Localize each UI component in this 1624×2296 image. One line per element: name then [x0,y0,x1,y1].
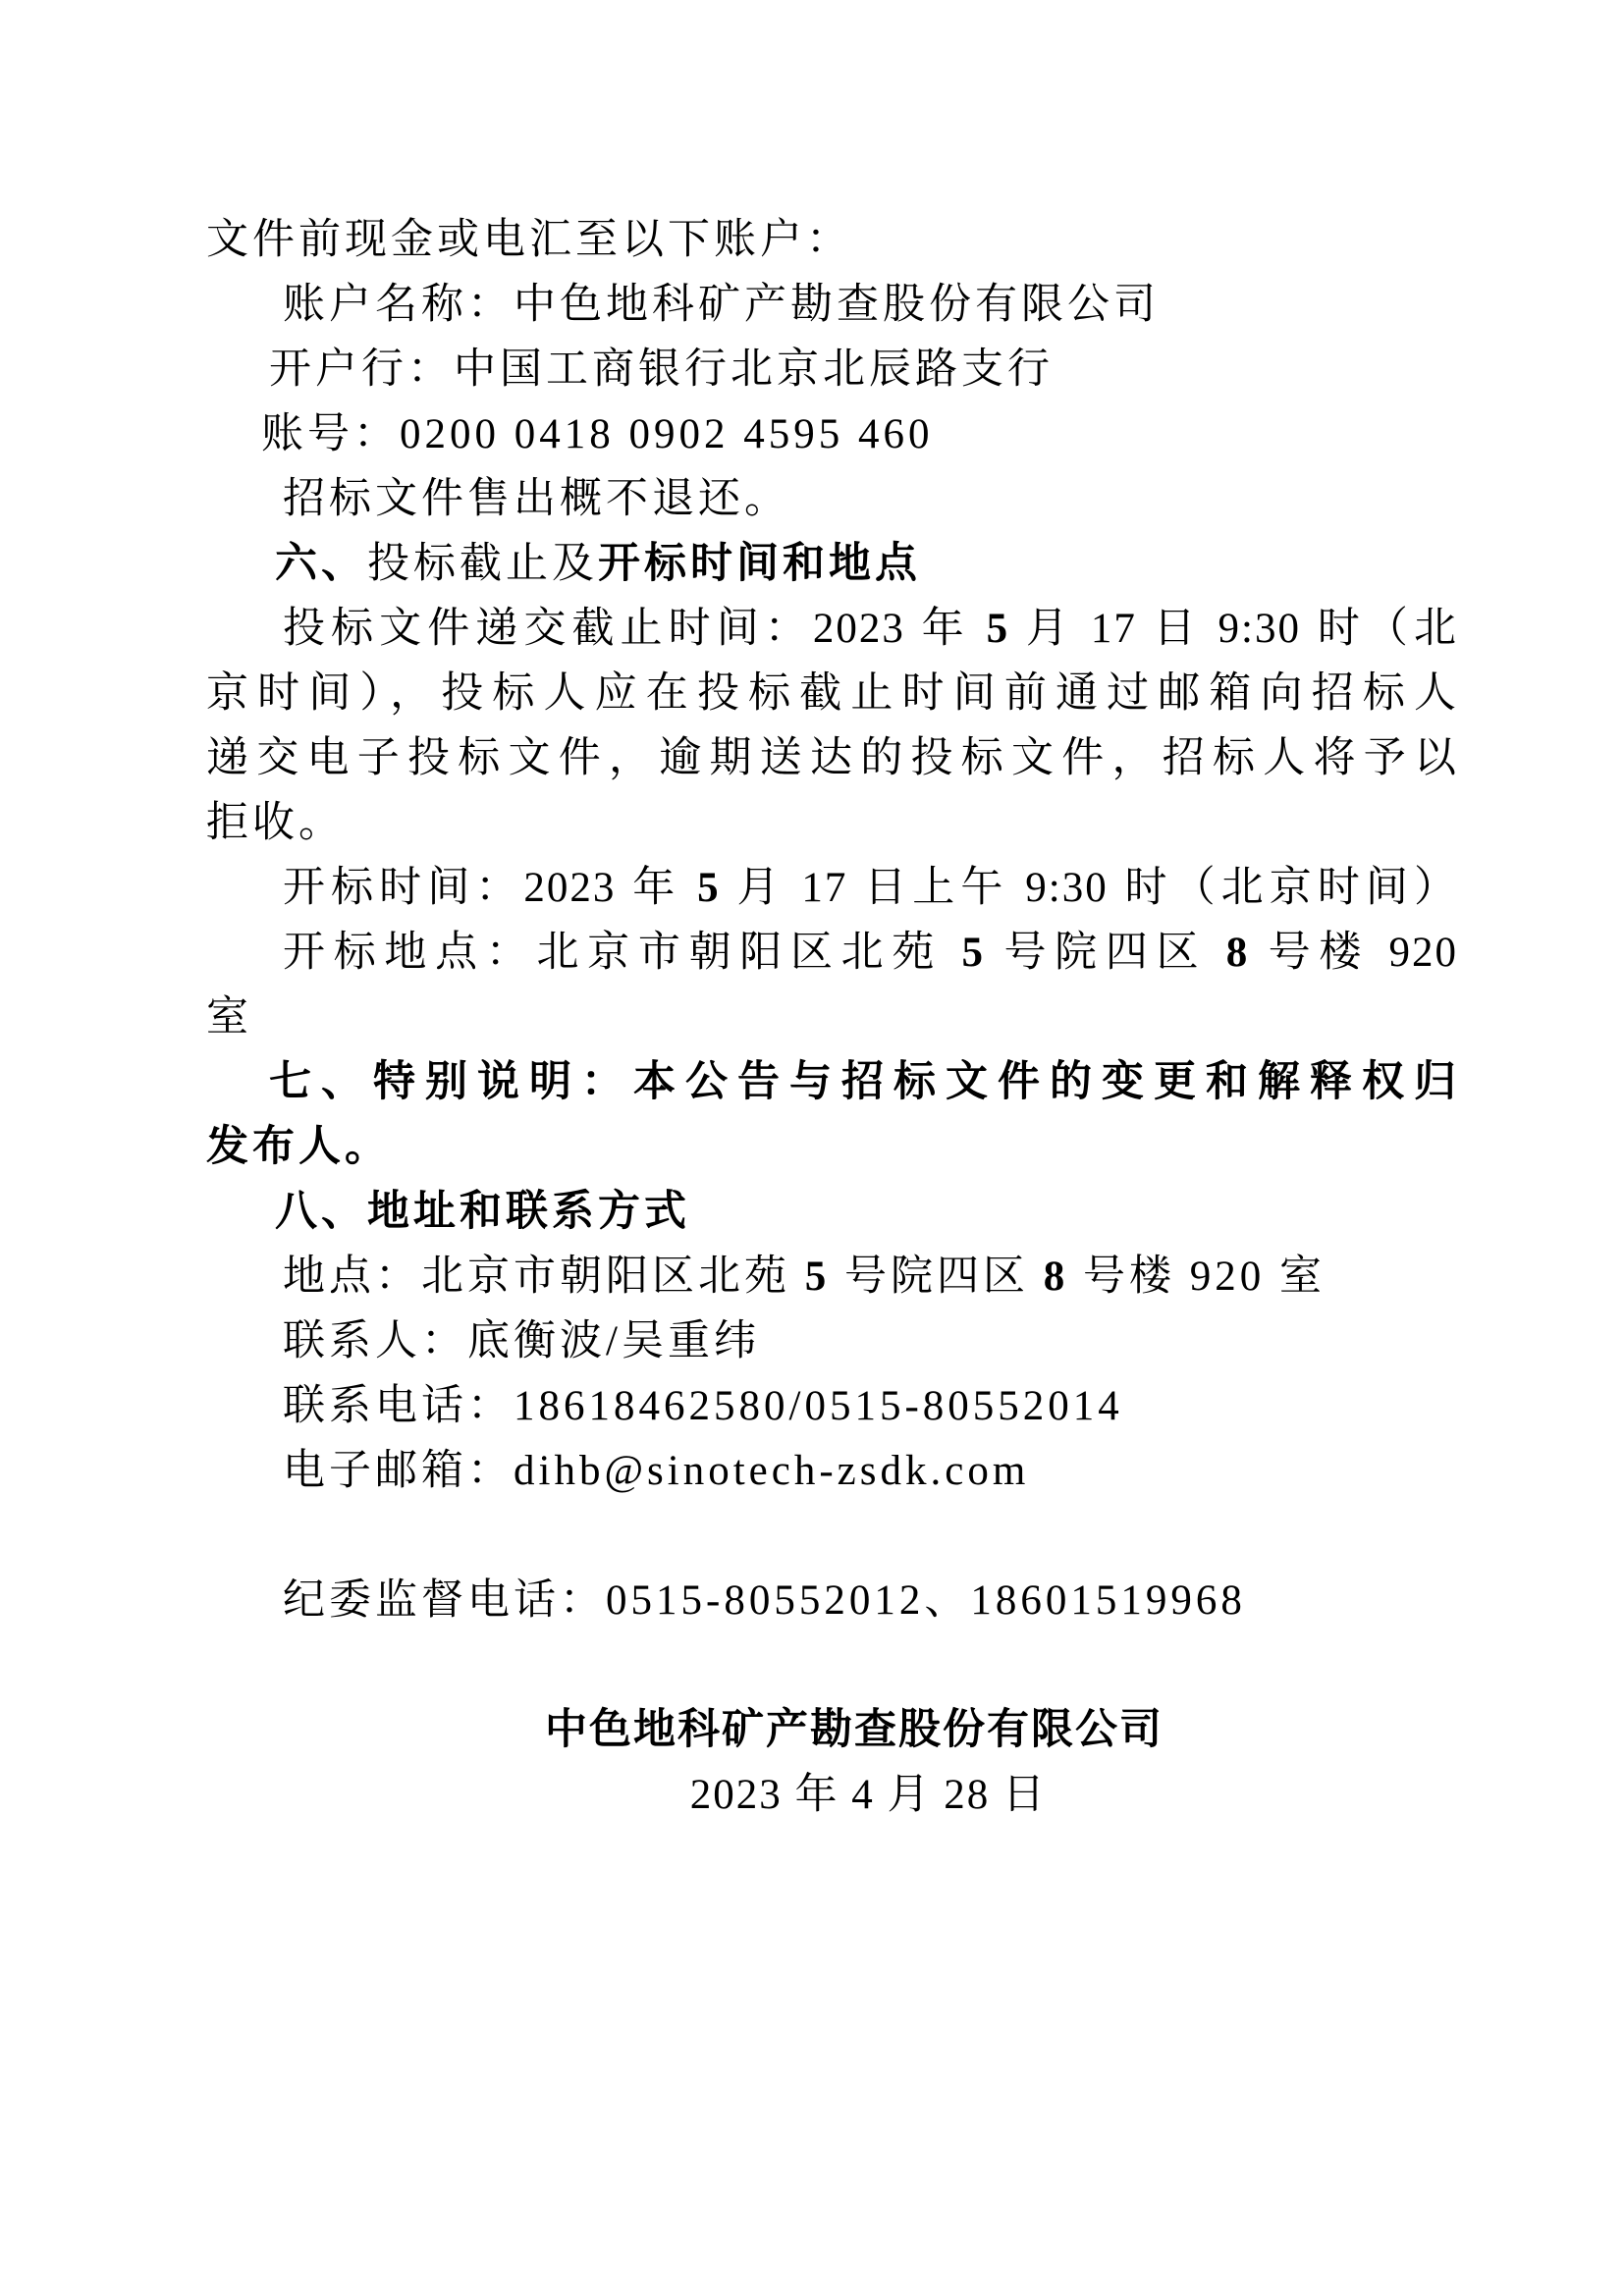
heading-section-8: 八、地址和联系方式 [206,1180,1458,1245]
text-segment: 开户行：中国工商银行北京北辰路支行 [269,347,1054,393]
text-segment: 纪委监督电话：0515-80552012、18601519968 [283,1577,1246,1624]
text-segment: 2023 年 4 月 28 日 [690,1772,1047,1818]
text-segment: 月 17 日 9:30 时（北 [1009,606,1458,652]
line-bid-deadline-cont-1: 京时间），投标人应在投标截止时间前通过邮箱向招标人 [206,662,1458,726]
text-segment: 拒收。 [206,800,345,846]
document-page: 文件前现金或电汇至以下账户：账户名称：中色地科矿产勘查股份有限公司开户行：中国工… [0,0,1624,2296]
text-segment: 地点：北京市朝阳区北苑 [283,1254,805,1300]
line-opening-time: 开标时间：2023 年 5 月 17 日上午 9:30 时（北京时间） [206,856,1458,921]
text-segment: 5 [962,930,986,976]
text-segment: 招标文件售出概不退还。 [283,476,790,522]
heading-section-6: 六、投标截止及开标时间和地点 [206,532,1458,597]
blank-line [206,1504,1458,1569]
text-segment: 8 [1044,1254,1069,1300]
text-segment: 中色地科矿产勘查股份有限公司 [545,1707,1164,1753]
line-no-refund: 招标文件售出概不退还。 [206,467,1458,532]
text-segment: 开标地点：北京市朝阳区北苑 [283,930,962,976]
line-bid-deadline: 投标文件递交截止时间：2023 年 5 月 17 日 9:30 时（北 [206,597,1458,662]
text-segment: 开标时间：2023 年 [283,865,697,911]
text-segment: 六、 [275,541,367,587]
line-email: 电子邮箱：dihb@sinotech-zsdk.com [206,1439,1458,1504]
text-segment: 发布人。 [206,1124,391,1170]
line-bid-deadline-cont-2: 递交电子投标文件，逾期送达的投标文件，招标人将予以 [206,726,1458,791]
text-segment: 联系人：底衡波/吴重纬 [283,1318,760,1364]
text-segment: 月 17 日上午 9:30 时（北京时间） [721,865,1458,911]
line-account-number: 账号：0200 0418 0902 4595 460 [206,402,1458,467]
text-segment: 投标截止及 [367,541,598,587]
text-segment: 8 [1226,930,1250,976]
line-contact-person: 联系人：底衡波/吴重纬 [206,1309,1458,1374]
signature-date: 2023 年 4 月 28 日 [206,1763,1458,1828]
line-bid-deadline-cont-3: 拒收。 [206,791,1458,856]
line-account-name: 账户名称：中色地科矿产勘查股份有限公司 [206,273,1458,338]
line-contact-phone: 联系电话：18618462580/0515-80552014 [206,1374,1458,1439]
text-segment: 文件前现金或电汇至以下账户： [206,217,852,263]
text-segment: 号院四区 [985,930,1226,976]
text-segment: 账户名称：中色地科矿产勘查股份有限公司 [283,282,1160,328]
signature-company: 中色地科矿产勘查股份有限公司 [206,1698,1458,1763]
text-segment: 联系电话：18618462580/0515-80552014 [283,1383,1123,1429]
text-segment: 5 [805,1254,831,1300]
heading-section-7-cont: 发布人。 [206,1115,1458,1180]
text-segment: 号院四区 [830,1254,1044,1300]
text-segment: 账号：0200 0418 0902 4595 460 [261,411,934,457]
text-segment: 5 [697,865,721,911]
text-segment: 七、特别说明：本公告与招标文件的变更和解释权归 [269,1059,1458,1105]
line-address: 地点：北京市朝阳区北苑 5 号院四区 8 号楼 920 室 [206,1245,1458,1309]
text-segment: 开标时间和地点 [598,541,921,587]
text-segment: 室 [206,994,252,1041]
line-bank-branch: 开户行：中国工商银行北京北辰路支行 [206,338,1458,402]
line-discipline-phone: 纪委监督电话：0515-80552012、18601519968 [206,1569,1458,1633]
text-segment: 递交电子投标文件，逾期送达的投标文件，招标人将予以 [206,735,1458,781]
line-payment-instruction-cont: 文件前现金或电汇至以下账户： [206,208,1458,273]
text-segment: 号楼 920 [1249,930,1458,976]
blank-line [206,1633,1458,1698]
line-opening-place: 开标地点：北京市朝阳区北苑 5 号院四区 8 号楼 920 [206,921,1458,986]
text-segment: 八、地址和联系方式 [275,1189,690,1235]
document-body: 文件前现金或电汇至以下账户：账户名称：中色地科矿产勘查股份有限公司开户行：中国工… [206,208,1458,1828]
text-segment: 投标文件递交截止时间：2023 年 [283,606,987,652]
text-segment: 京时间），投标人应在投标截止时间前通过邮箱向招标人 [206,670,1458,717]
text-segment: 号楼 920 室 [1068,1254,1326,1300]
heading-section-7: 七、特别说明：本公告与招标文件的变更和解释权归 [206,1050,1458,1115]
line-opening-place-cont: 室 [206,986,1458,1050]
text-segment: 5 [987,606,1010,652]
text-segment: 电子邮箱：dihb@sinotech-zsdk.com [283,1448,1029,1494]
